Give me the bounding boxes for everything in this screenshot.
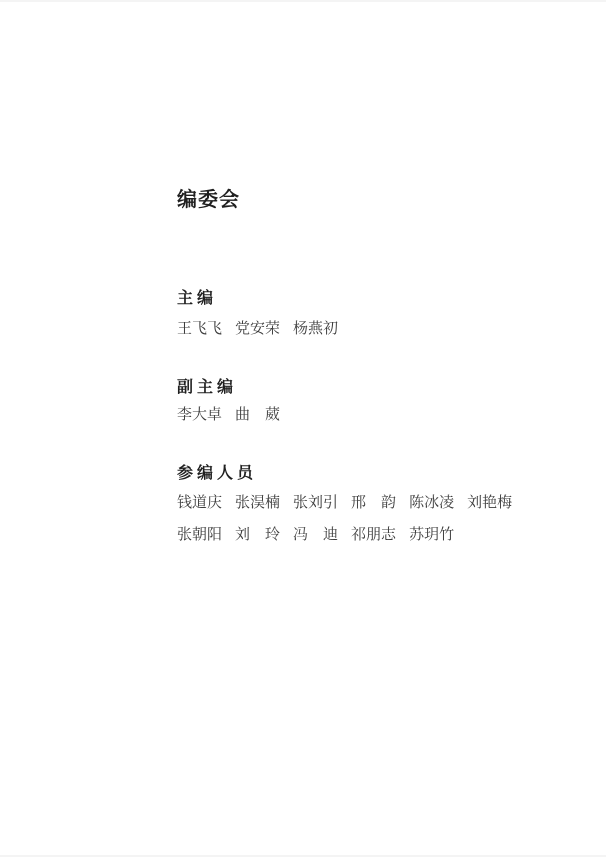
person-name: 张刘引 [293,495,338,511]
page-title: 编委会 [177,190,240,211]
person-name: 祁朋志 [351,527,396,543]
person-name: 刘艳梅 [467,495,512,511]
person-name: 冯 迪 [293,527,338,543]
person-name: 曲 葳 [235,407,280,423]
person-name: 张朝阳 [177,527,222,543]
person-name: 张淏楠 [235,495,280,511]
person-name: 党安荣 [235,321,280,337]
person-name: 刘 玲 [235,527,280,543]
names-row: 李大卓 曲 葳 [177,407,280,423]
person-name: 李大卓 [177,407,222,423]
names-row: 张朝阳 刘 玲 冯 迪 祁朋志 苏玥竹 [177,527,454,543]
person-name: 苏玥竹 [409,527,454,543]
section-heading-deputy-chief-editor: 副主编 [177,379,237,396]
names-row: 王飞飞 党安荣 杨燕初 [177,321,338,337]
scan-artifact-top [0,0,606,2]
person-name: 王飞飞 [177,321,222,337]
section-heading-chief-editor: 主编 [177,290,217,307]
person-name: 陈冰凌 [409,495,454,511]
section-heading-contributing-editors: 参编人员 [177,465,257,482]
person-name: 邢 韵 [351,495,396,511]
person-name: 杨燕初 [293,321,338,337]
names-row: 钱道庆 张淏楠 张刘引 邢 韵 陈冰凌 刘艳梅 [177,495,512,511]
scan-artifact-bottom [0,855,606,857]
book-page: 编委会 主编 王飞飞 党安荣 杨燕初 副主编 李大卓 曲 葳 参编人员 钱道庆 … [0,0,606,859]
person-name: 钱道庆 [177,495,222,511]
